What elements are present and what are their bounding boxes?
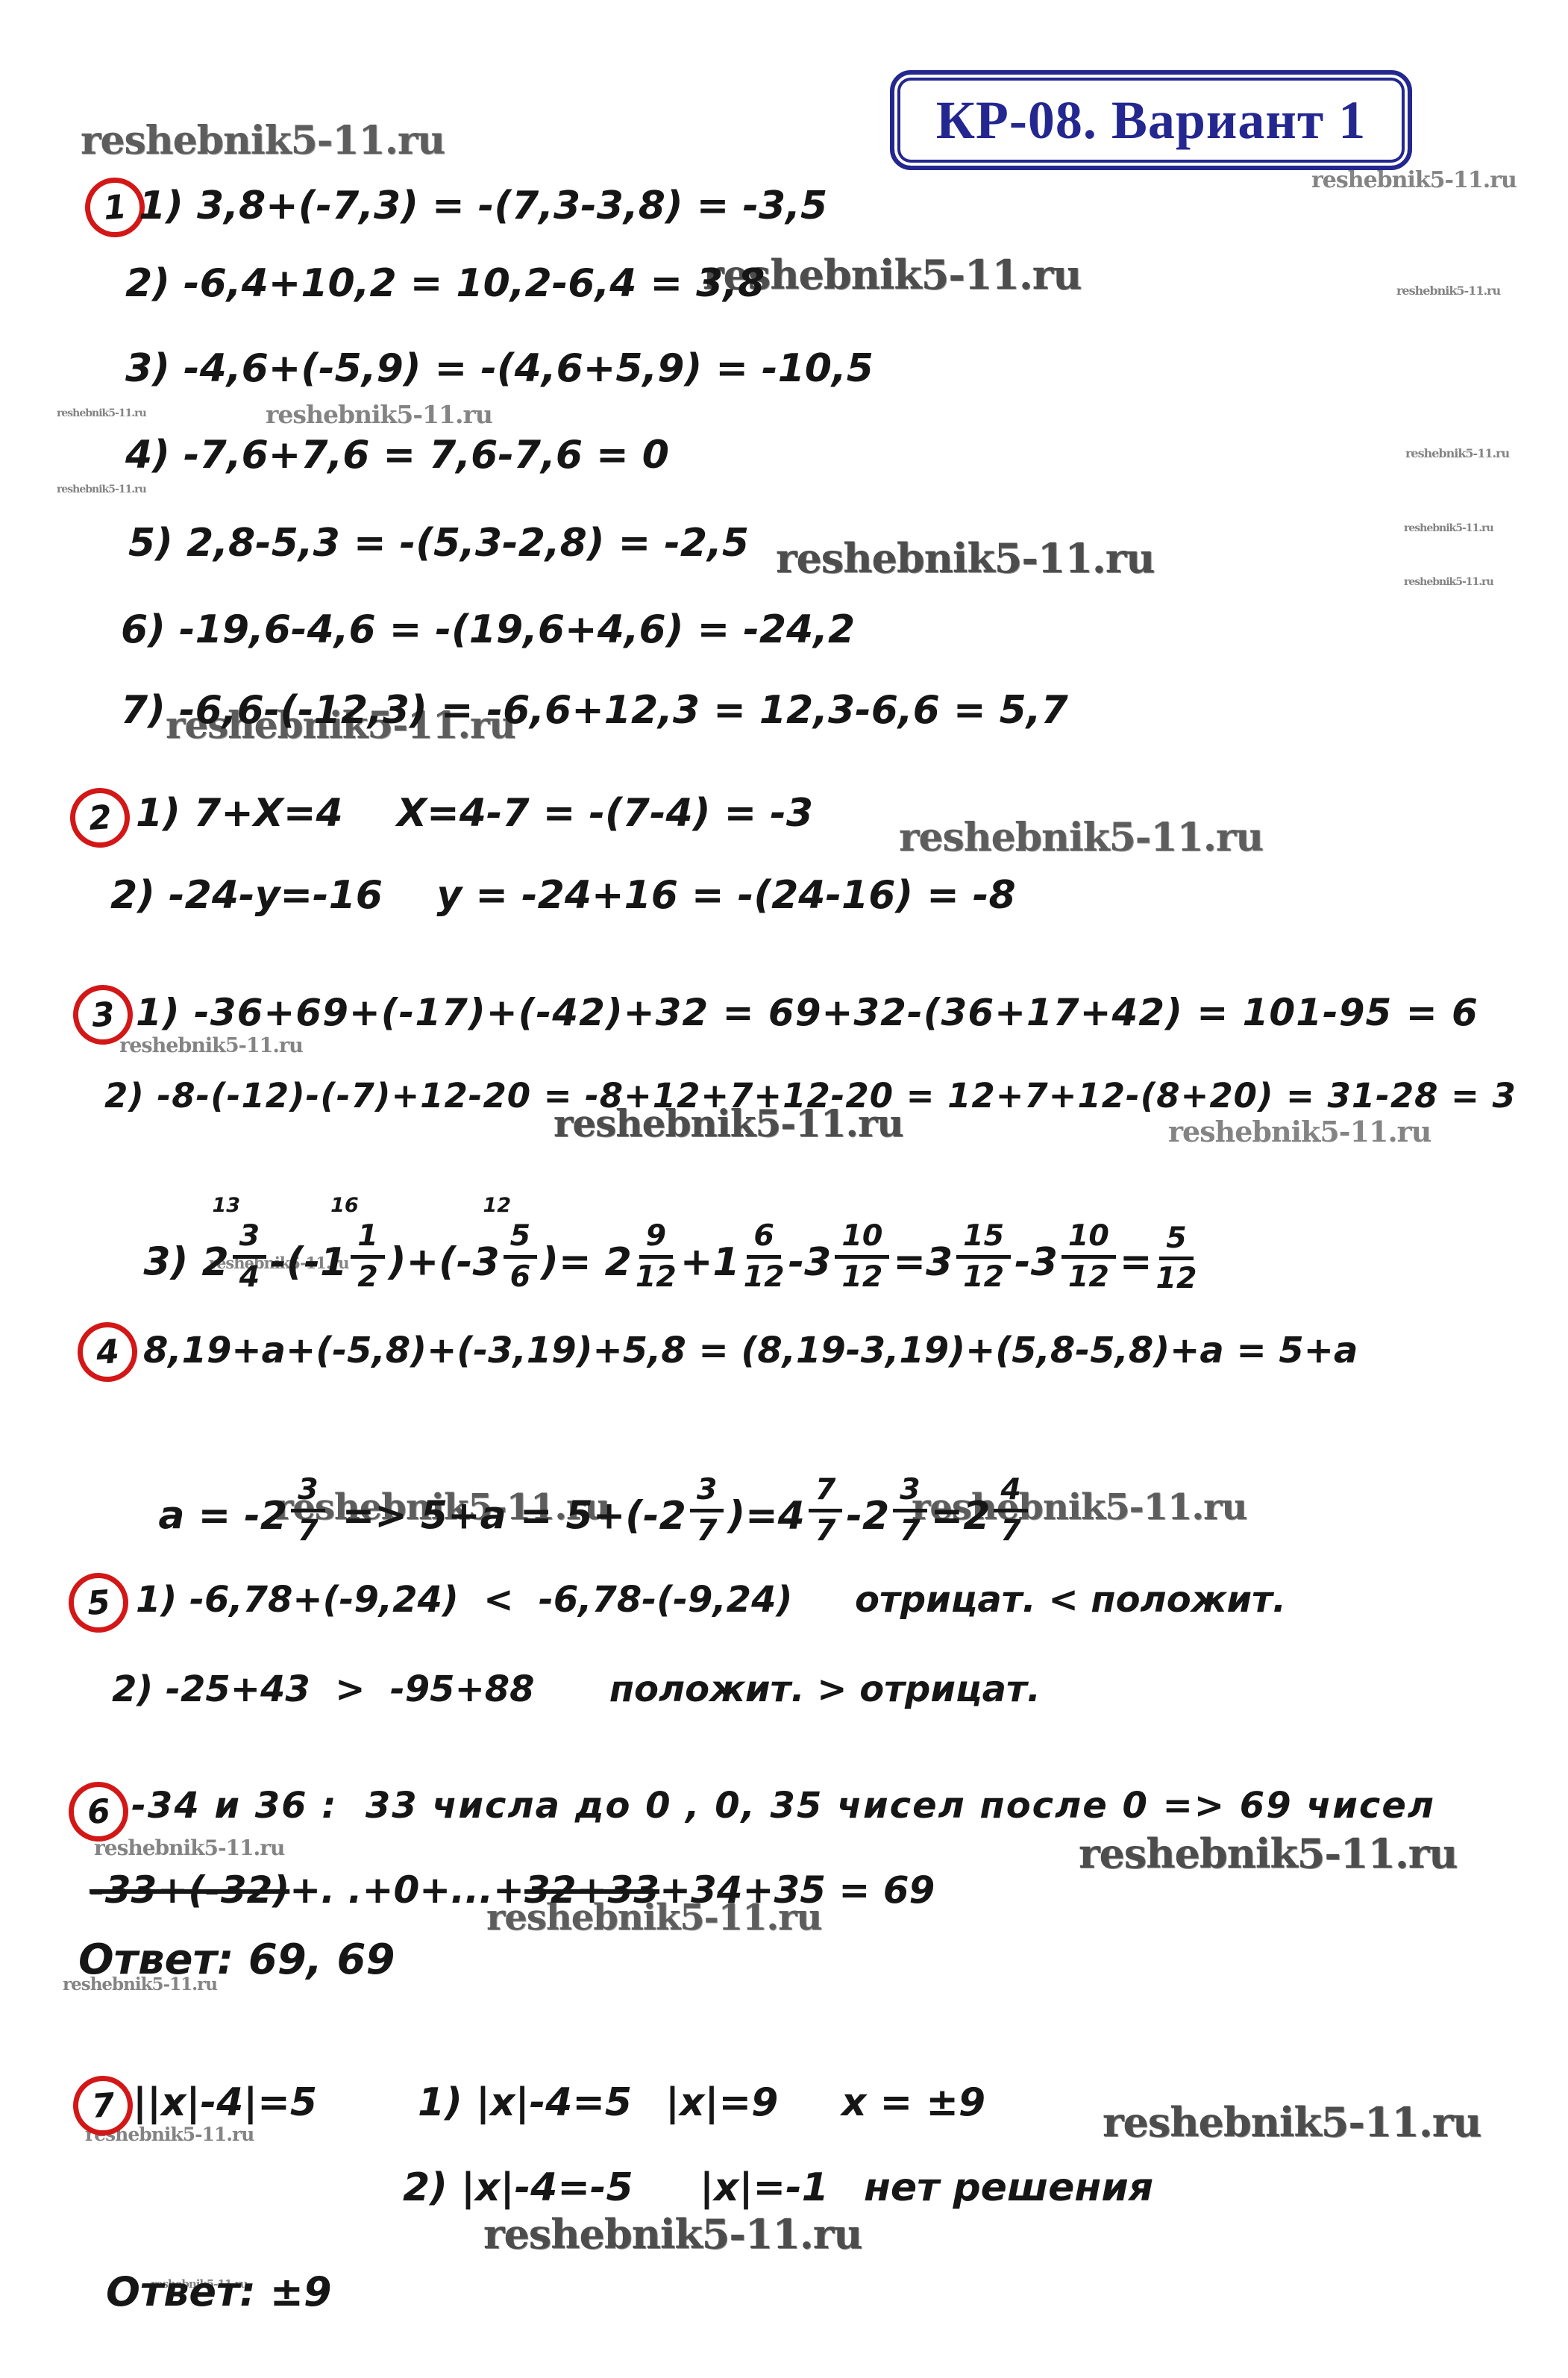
math-text: = (1120, 1240, 1153, 1285)
denominator: 6 (510, 1259, 531, 1292)
problem-7-equation: ||x|-4|=5 (133, 2082, 317, 2124)
math-text: + (680, 1240, 713, 1285)
denominator: 7 (1000, 1512, 1021, 1546)
mixed-number: 12356 (472, 1227, 541, 1298)
numerator: 6 (747, 1221, 781, 1259)
problem-2-badge: 2 (66, 784, 133, 851)
watermark: reshebnik5-11.ru (119, 1034, 303, 1057)
math-text: = (931, 1494, 964, 1539)
watermark: reshebnik5-11.ru (776, 534, 1154, 582)
problem-2-line-1: 1) 7+X=4 X=4-7 = -(7-4) = -3 (136, 792, 813, 835)
watermark: reshebnik5-11.ru (1168, 1115, 1431, 1148)
fraction: 37 (690, 1475, 724, 1545)
problem-3-line-1: 1) -36+69+(-17)+(-42)+32 = 69+32-(36+17+… (136, 992, 1478, 1033)
problem-7-case-1-step: |x|=9 (665, 2082, 778, 2124)
mixed-number: 237 (862, 1481, 931, 1551)
fraction: 12 (351, 1221, 385, 1292)
numerator: 10 (1061, 1221, 1116, 1259)
numerator: 7 (809, 1475, 843, 1512)
mixed-number: 237 (659, 1481, 728, 1551)
math-text: ) (727, 1494, 745, 1539)
whole-number: 3 (1031, 1242, 1058, 1284)
problem-5-line-1: 1) -6,78+(-9,24) < -6,78-(-9,24) отрицат… (136, 1580, 1286, 1620)
whole-number: 4 (778, 1495, 805, 1538)
denominator: 12 (963, 1259, 1004, 1292)
numerator: 10 (835, 1221, 889, 1259)
fraction: 37 (291, 1475, 325, 1545)
denominator: 12 (841, 1259, 882, 1292)
denominator: 12 (744, 1259, 785, 1292)
math-text: 3) (143, 1240, 201, 1285)
problem-6-number: 6 (86, 1792, 111, 1831)
test-title-stamp: КР-08. Вариант 1 (890, 70, 1412, 170)
mixed-number: 31012 (1031, 1227, 1120, 1298)
fraction: 77 (809, 1475, 843, 1545)
problem-1-line-2: 2) -6,4+10,2 = 10,2-6,4 = 3,8 (125, 263, 765, 305)
denominator: 7 (815, 1512, 836, 1546)
fraction: 912 (636, 1221, 677, 1292)
whole-number: 3 (472, 1242, 499, 1284)
math-text: ) (541, 1240, 559, 1285)
problem-4-line-1: 8,19+a+(-5,8)+(-3,19)+5,8 = (8,19-3,19)+… (143, 1331, 1358, 1371)
watermark: reshebnik5-11.ru (483, 2210, 862, 2258)
watermark: reshebnik5-11.ru (1404, 576, 1493, 588)
problem-3-line-2: 2) -8-(-12)-(-7)+12-20 = -8+12+7+12-20 =… (104, 1077, 1517, 1115)
math-text: = (745, 1494, 778, 1539)
whole-number: 3 (804, 1242, 831, 1284)
whole-number: 2 (659, 1495, 686, 1538)
mixed-number: 1612 (712, 1227, 788, 1298)
problem-6-line-1: -34 и 36 : 33 числа до 0 , 0, 35 чисел п… (131, 1786, 1435, 1826)
problem-6-answer: Ответ: 69, 69 (78, 1937, 395, 1983)
fraction: 56 (504, 1221, 538, 1292)
watermark: reshebnik5-11.ru (1311, 167, 1517, 193)
denominator: 7 (900, 1512, 921, 1546)
carry-note: 16 (330, 1195, 359, 1217)
fraction: 1012 (835, 1221, 889, 1292)
denominator: 7 (298, 1512, 319, 1546)
whole-number: 3 (926, 1242, 953, 1284)
problem-1-line-4: 4) -7,6+7,6 = 7,6-7,6 = 0 (125, 434, 669, 477)
problem-7-case-2-step: |x|=-1 (700, 2167, 829, 2209)
problem-1-number: 1 (102, 187, 128, 227)
whole-number: 2 (201, 1242, 228, 1284)
watermark: reshebnik5-11.ru (266, 400, 492, 429)
whole-number: 1 (712, 1242, 739, 1284)
problem-3-number: 3 (90, 995, 116, 1034)
numerator: 5 (504, 1221, 538, 1259)
math-text: a = - (158, 1494, 260, 1539)
watermark: reshebnik5-11.ru (81, 118, 445, 163)
math-text: +. .+0+...+ (289, 1868, 524, 1912)
problem-3-line-3: 3) 13234-(-16112)+(-12356)= 2912+1612-31… (90, 1185, 1200, 1342)
math-text: -(- (270, 1240, 320, 1285)
fraction: 47 (994, 1475, 1028, 1545)
math-text: - (788, 1240, 805, 1285)
denominator: 12 (636, 1259, 677, 1292)
mixed-number: 13234 (201, 1227, 270, 1298)
fraction: 1012 (1061, 1221, 1116, 1292)
numerator: 3 (291, 1475, 325, 1512)
whole-number: 1 (320, 1242, 347, 1284)
watermark: reshebnik5-11.ru (1396, 284, 1500, 298)
problem-7-case-1-result: x = ±9 (841, 2082, 985, 2124)
watermark: reshebnik5-11.ru (1404, 522, 1493, 534)
whole-number: 2 (862, 1495, 889, 1538)
watermark: reshebnik5-11.ru (94, 1836, 284, 1860)
problem-6-line-2: -33+(-32)+. .+0+...+32+33+34+35 = 69 (90, 1870, 935, 1911)
problem-2-number: 2 (87, 798, 113, 837)
denominator: 7 (697, 1512, 718, 1546)
denominator: 12 (1155, 1260, 1197, 1294)
struck-terms: -33+(-32) (90, 1868, 289, 1912)
problem-1-line-5: 5) 2,8-5,3 = -(5,3-2,8) = -2,5 (128, 522, 749, 565)
numerator: 1 (351, 1221, 385, 1259)
problem-7-answer: Ответ: ±9 (106, 2270, 332, 2314)
test-title: КР-08. Вариант 1 (936, 90, 1367, 151)
math-text: ) (389, 1240, 407, 1285)
whole-number: 2 (605, 1242, 632, 1284)
problem-1-line-1: 1) 3,8+(-7,3) = -(7,3-3,8) = -3,5 (139, 185, 827, 228)
watermark: reshebnik5-11.ru (57, 407, 146, 419)
math-text: = (559, 1240, 605, 1285)
whole-number: 2 (963, 1495, 990, 1538)
problem-4-line-2: a = -237 => 5+a = 5+(-237)=477-237=247 (104, 1439, 1032, 1594)
math-text: => 5+a = 5+(- (329, 1494, 659, 1539)
numerator: 3 (690, 1475, 724, 1512)
math-text: +(- (407, 1240, 473, 1285)
watermark: reshebnik5-11.ru (57, 484, 146, 495)
fraction: 37 (893, 1475, 927, 1545)
mixed-number: 477 (778, 1481, 847, 1551)
numerator: 3 (233, 1221, 267, 1259)
mixed-number: 247 (963, 1481, 1032, 1551)
problem-7-number: 7 (90, 2086, 116, 2125)
mixed-number: 237 (260, 1481, 329, 1551)
numerator: 15 (956, 1221, 1011, 1259)
watermark: reshebnik5-11.ru (1405, 446, 1509, 460)
numerator: 5 (1159, 1224, 1194, 1261)
problem-7-case-1: 1) |x|-4=5 (418, 2082, 632, 2124)
problem-1-line-3: 3) -4,6+(-5,9) = -(4,6+5,9) = -10,5 (125, 348, 874, 390)
problem-2-line-2: 2) -24-y=-16 y = -24+16 = -(24-16) = -8 (110, 874, 1016, 917)
problem-1-line-6: 6) -19,6-4,6 = -(19,6+4,6) = -24,2 (121, 609, 855, 651)
watermark: reshebnik5-11.ru (1079, 1830, 1457, 1877)
math-text: - (1015, 1240, 1031, 1285)
math-text: +34+35 = 69 (659, 1868, 935, 1912)
problem-1-line-7: 7) -6,6-(-12,3) = -6,6+12,3 = 12,3-6,6 =… (121, 689, 1068, 732)
math-text: = (893, 1240, 926, 1285)
struck-terms: 32+33 (524, 1868, 659, 1912)
numerator: 3 (893, 1475, 927, 1512)
mixed-number: 2912 (605, 1227, 680, 1298)
denominator: 4 (239, 1259, 260, 1292)
watermark: reshebnik5-11.ru (1103, 2098, 1481, 2146)
whole-number: 2 (260, 1495, 287, 1538)
fraction: 1512 (956, 1221, 1011, 1292)
mixed-number: 31012 (804, 1227, 893, 1298)
denominator: 2 (357, 1259, 378, 1292)
numerator: 4 (994, 1475, 1028, 1512)
carry-note: 13 (212, 1195, 240, 1217)
mixed-number: 16112 (320, 1227, 389, 1298)
denominator: 12 (1068, 1259, 1109, 1292)
problem-5-line-2: 2) -25+43 > -95+88 положит. > отрицат. (112, 1670, 1041, 1709)
mixed-number: 31512 (926, 1227, 1015, 1298)
problem-7-case-2: 2) |x|-4=-5 (403, 2167, 633, 2209)
watermark: reshebnik5-11.ru (899, 815, 1263, 860)
worksheet-page: reshebnik5-11.ru reshebnik5-11.ru resheb… (0, 0, 1568, 2378)
numerator: 9 (639, 1221, 674, 1259)
fraction: 612 (744, 1221, 785, 1292)
fraction: 34 (233, 1221, 267, 1292)
math-text: - (846, 1494, 862, 1539)
problem-7-case-2-note: нет решения (864, 2167, 1153, 2209)
fraction: 512 (1155, 1224, 1197, 1294)
carry-note: 12 (483, 1195, 511, 1217)
